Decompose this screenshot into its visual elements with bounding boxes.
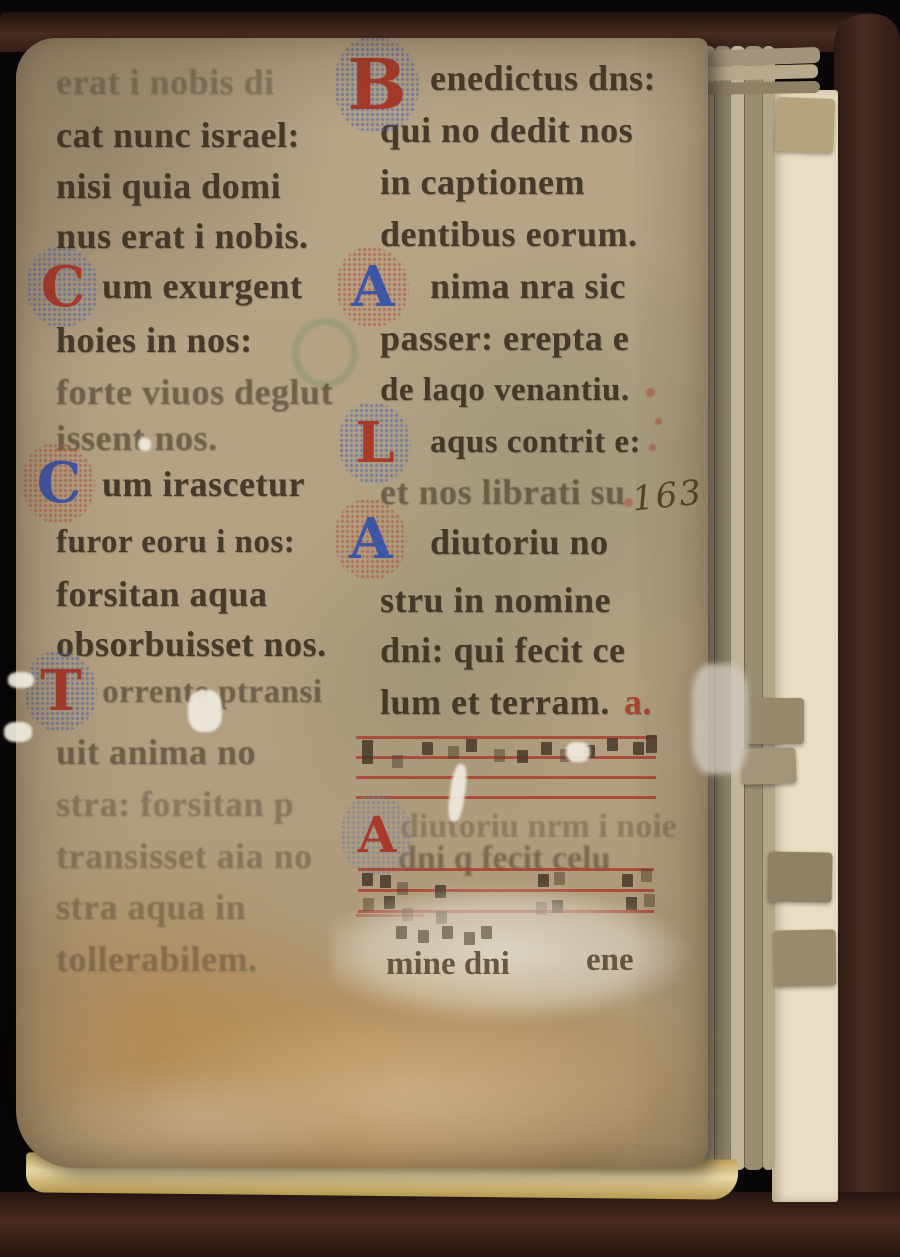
neume xyxy=(392,755,403,768)
text-line: tollerabilem. xyxy=(56,937,257,981)
neume xyxy=(560,749,571,762)
neume xyxy=(536,902,547,915)
text-line: obsorbuisset nos. xyxy=(56,622,327,666)
initial-letter: C xyxy=(41,258,86,316)
vellum-tab xyxy=(774,929,837,986)
page-edge-stack xyxy=(744,46,763,1170)
staff-line-fragment xyxy=(356,914,424,917)
neume xyxy=(396,926,407,939)
staff-line xyxy=(358,868,654,871)
text-line: nus erat i nobis. xyxy=(56,214,309,258)
initial-letter: C xyxy=(37,454,82,512)
neume xyxy=(418,930,429,943)
neume xyxy=(362,740,373,764)
leather-cover-right-edge xyxy=(834,14,900,1257)
neume xyxy=(436,911,447,924)
staff-line xyxy=(356,796,656,799)
neume xyxy=(517,750,528,763)
text-line: um exurgent xyxy=(102,264,302,308)
text-line: forte viuos deglut xyxy=(56,370,333,414)
text-line: et nos librati su xyxy=(380,470,626,514)
neume xyxy=(481,926,492,939)
text-line: stra: forsitan p xyxy=(56,782,294,826)
text-line: enedictus dns: xyxy=(430,56,656,100)
initial-letter: B xyxy=(347,48,406,122)
text-line: forsitan aqua xyxy=(56,572,268,616)
text-line-segment: lum et terram. xyxy=(380,682,610,722)
neume xyxy=(380,875,391,888)
leather-cover-bottom-edge xyxy=(0,1192,900,1257)
vellum-tab xyxy=(768,851,833,902)
neume xyxy=(646,735,657,753)
neume xyxy=(644,894,655,907)
neume xyxy=(442,926,453,939)
page-corner-step xyxy=(690,81,820,95)
neume xyxy=(538,874,549,887)
illuminated-initial-t: T xyxy=(34,660,88,722)
neume xyxy=(607,738,618,751)
text-line: stra aqua in xyxy=(56,885,246,929)
text-line: lum et terram.a. xyxy=(380,680,652,724)
damaged-text-fragment: ene xyxy=(586,942,634,979)
initial-letter: T xyxy=(40,662,82,720)
neume xyxy=(633,742,644,755)
text-line: diutoriu no xyxy=(430,520,609,564)
neume xyxy=(466,739,477,752)
text-line: qui no dedit nos xyxy=(380,108,633,152)
photograph-of-manuscript: { "ms": { "folio_number": "163", "left":… xyxy=(0,0,900,1257)
illuminated-initial-l: L xyxy=(348,412,402,474)
initial-letter: L xyxy=(355,414,394,472)
neume xyxy=(584,745,595,758)
neume xyxy=(622,874,633,887)
initial-letter: A xyxy=(358,806,397,864)
vellum-tab xyxy=(746,698,804,744)
text-line: nisi quia domi xyxy=(56,164,281,208)
text-line: hoies in nos: xyxy=(56,318,253,362)
text-line: dentibus eorum. xyxy=(380,212,638,256)
neume xyxy=(541,742,552,755)
neume xyxy=(641,869,652,882)
illuminated-initial-b: B xyxy=(344,46,410,124)
neume xyxy=(384,896,395,909)
illuminated-initial-c: C xyxy=(36,256,90,318)
illuminated-initial-c: C xyxy=(32,452,86,514)
text-line: aqus contrit e: xyxy=(430,420,641,464)
neume xyxy=(402,908,413,921)
page-edge-stack xyxy=(762,46,775,1170)
text-line: furor eoru i nos: xyxy=(56,520,295,564)
neume xyxy=(552,900,563,913)
text-line: um irascetur xyxy=(102,462,305,506)
page-edge-stack xyxy=(714,46,731,1170)
neume xyxy=(554,872,565,885)
neume xyxy=(464,932,475,945)
initial-letter: A xyxy=(349,510,392,568)
text-line: erat i nobis di xyxy=(56,60,275,104)
initial-letter: A xyxy=(351,258,394,316)
text-line: transisset aia no xyxy=(56,834,313,878)
neume xyxy=(422,742,433,755)
vellum-tab xyxy=(775,97,835,153)
neume xyxy=(626,897,637,910)
text-line: uit anima no xyxy=(56,730,256,774)
text-line: in captionem xyxy=(380,160,585,204)
text-line: cat nunc israel: xyxy=(56,113,300,157)
neume xyxy=(448,746,459,759)
staff-line xyxy=(356,776,656,779)
damaged-text-fragment: mine dni xyxy=(386,946,510,983)
neume xyxy=(362,873,373,886)
illuminated-initial-a: A xyxy=(346,256,400,318)
text-line: nima nra sic xyxy=(430,264,626,308)
text-line: stru in nomine xyxy=(380,578,611,622)
folio-number: 163 xyxy=(630,472,705,519)
text-line: dni: qui fecit ce xyxy=(380,628,625,672)
neume xyxy=(494,749,505,762)
illuminated-initial-a: A xyxy=(344,508,398,570)
vellum-tab xyxy=(741,747,796,785)
neume xyxy=(363,898,374,911)
text-line: orrente ptransi xyxy=(102,670,322,714)
backing-sheet xyxy=(772,90,838,1202)
page-edge-stack xyxy=(730,46,745,1170)
neume xyxy=(397,882,408,895)
illuminated-initial-a: A xyxy=(350,804,404,866)
rubric-antiphon-mark: a. xyxy=(624,682,652,722)
text-line: passer: erepta e xyxy=(380,316,629,360)
text-line: de laqo venantiu. xyxy=(380,368,630,412)
neume xyxy=(435,885,446,898)
